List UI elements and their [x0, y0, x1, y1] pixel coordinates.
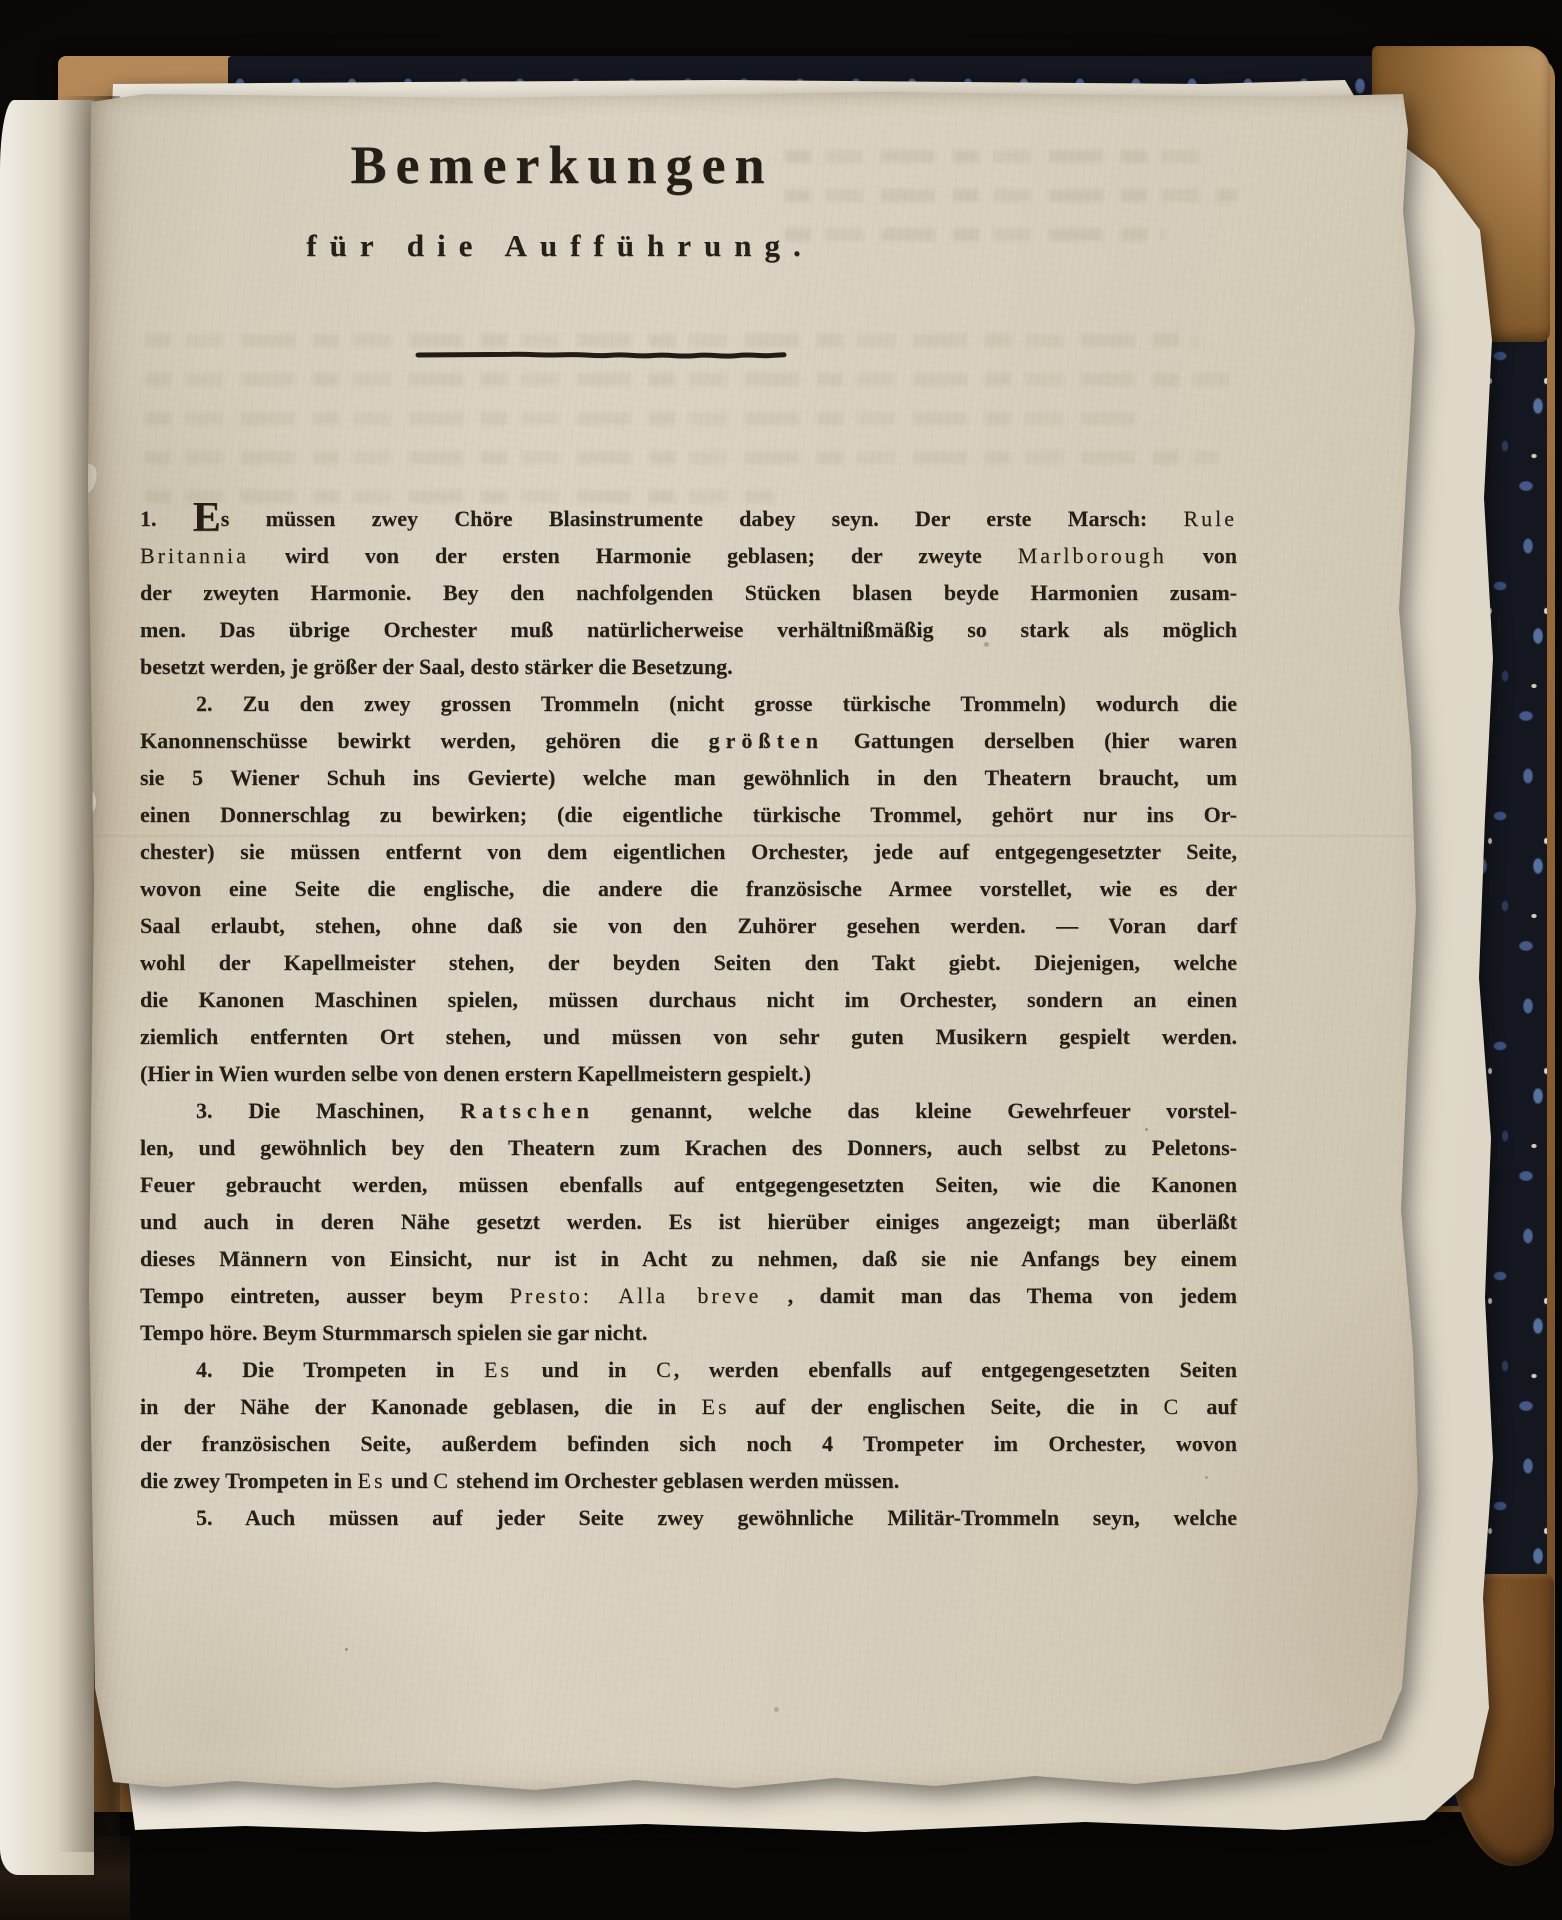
text-segment: Kanonnenschüsse bewirkt werden, gehören … — [140, 728, 709, 753]
antiqua-text-segment: Rule — [1183, 506, 1237, 531]
text-line: 1. Es müssen zwey Chöre Blasinstrumente … — [140, 500, 1237, 537]
antiqua-text-segment: C — [656, 1357, 674, 1382]
antiqua-text-segment: Es — [484, 1357, 512, 1382]
text-segment: und in — [512, 1357, 656, 1382]
antiqua-text-segment: C — [1163, 1394, 1181, 1419]
text-segment: E — [193, 495, 221, 541]
text-line: ziemlich entfernten Ort stehen, und müss… — [140, 1018, 1237, 1055]
text-segment: 2. Zu den zwey grossen Trommeln (nicht g… — [196, 691, 1237, 716]
text-line: Tempo höre. Beym Sturmmarsch spielen sie… — [140, 1314, 1237, 1351]
text-segment: 3. Die Maschinen, — [196, 1098, 460, 1123]
text-segment: die zwey Trompeten in — [140, 1468, 358, 1493]
text-segment: 4. Die Trompeten in — [196, 1357, 484, 1382]
text-line: und auch in deren Nähe gesetzt werden. E… — [140, 1203, 1237, 1240]
text-segment: der zweyten Harmonie. Bey den nachfolgen… — [140, 580, 1237, 605]
text-line: men. Das übrige Orchester muß natürliche… — [140, 611, 1237, 648]
text-segment — [592, 1283, 618, 1308]
text-segment: dieses Männern von Einsicht, nur ist in … — [140, 1246, 1237, 1271]
text-segment: wohl der Kapellmeister stehen, der beyde… — [140, 950, 1237, 975]
text-line: dieses Männern von Einsicht, nur ist in … — [140, 1240, 1237, 1277]
page-title: Bemerkungen — [282, 134, 842, 204]
book-page: Bemerkungen für die Aufführung. 1. Es mü… — [85, 88, 1430, 1800]
body-text: 1. Es müssen zwey Chöre Blasinstrumente … — [140, 500, 1237, 1536]
text-segment: (Hier in Wien wurden selbe von denen ers… — [140, 1061, 811, 1086]
text-line: 3. Die Maschinen, Ratschen genannt, welc… — [140, 1092, 1237, 1129]
antiqua-text-segment: Es — [702, 1394, 730, 1419]
text-segment: die Kanonen Maschinen spielen, müssen du… — [140, 987, 1237, 1012]
text-segment: len, und gewöhnlich bey den Theatern zum… — [140, 1135, 1237, 1160]
text-segment: stehend im Orchester geblasen werden müs… — [451, 1468, 899, 1493]
text-line: Kanonnenschüsse bewirkt werden, gehören … — [140, 722, 1237, 759]
text-segment: chester) sie müssen entfernt von dem eig… — [140, 839, 1237, 864]
text-line: Feuer gebraucht werden, müssen ebenfalls… — [140, 1166, 1237, 1203]
text-segment: in der Nähe der Kanonade geblasen, die i… — [140, 1394, 702, 1419]
text-line: der zweyten Harmonie. Bey den nachfolgen… — [140, 574, 1237, 611]
text-segment: Tempo eintreten, ausser beym — [140, 1283, 510, 1308]
text-segment: Tempo höre. Beym Sturmmarsch spielen sie… — [140, 1320, 647, 1345]
text-segment: besetzt werden, je größer der Saal, dest… — [140, 654, 733, 679]
page-subtitle: für die Aufführung. — [280, 228, 840, 272]
text-line: (Hier in Wien wurden selbe von denen ers… — [140, 1055, 1237, 1092]
text-segment: s müssen zwey Chöre Blasinstrumente dabe… — [221, 506, 1184, 531]
photograph-of-open-book: Bemerkungen für die Aufführung. 1. Es mü… — [0, 0, 1562, 1920]
text-segment: Ratschen — [460, 1098, 595, 1123]
text-line: chester) sie müssen entfernt von dem eig… — [140, 833, 1237, 870]
text-segment: men. Das übrige Orchester muß natürliche… — [140, 617, 1237, 642]
text-segment: , damit man das Thema von jedem — [761, 1283, 1237, 1308]
text-segment: ziemlich entfernten Ort stehen, und müss… — [140, 1024, 1237, 1049]
text-segment: von — [1167, 543, 1237, 568]
text-line: 4. Die Trompeten in Es und in C, werden … — [140, 1351, 1237, 1388]
text-line: besetzt werden, je größer der Saal, dest… — [140, 648, 1237, 685]
text-segment: auf — [1181, 1394, 1237, 1419]
text-line: 2. Zu den zwey grossen Trommeln (nicht g… — [140, 685, 1237, 722]
text-segment: Gattungen derselben (hier waren — [824, 728, 1237, 753]
text-segment: , werden ebenfalls auf entgegengesetzten… — [674, 1357, 1237, 1382]
text-segment: der französischen Seite, außerdem befind… — [140, 1431, 1237, 1456]
antiqua-text-segment: Es — [358, 1468, 386, 1493]
text-segment: 1. — [140, 506, 193, 531]
text-line: Britannia wird von der ersten Harmonie g… — [140, 537, 1237, 574]
text-segment: Saal erlaubt, stehen, ohne daß sie von d… — [140, 913, 1237, 938]
text-segment: größten — [709, 728, 824, 753]
text-line: wohl der Kapellmeister stehen, der beyde… — [140, 944, 1237, 981]
text-line: wovon eine Seite die englische, die ande… — [140, 870, 1237, 907]
antiqua-text-segment: C — [433, 1468, 451, 1493]
text-segment: wovon eine Seite die englische, die ande… — [140, 876, 1237, 901]
text-line: der französischen Seite, außerdem befind… — [140, 1425, 1237, 1462]
text-segment: 5. Auch müssen auf jeder Seite zwey gewö… — [196, 1505, 1237, 1530]
text-line: 5. Auch müssen auf jeder Seite zwey gewö… — [140, 1499, 1237, 1536]
text-line: len, und gewöhnlich bey den Theatern zum… — [140, 1129, 1237, 1166]
decorative-rule — [415, 348, 787, 360]
text-line: in der Nähe der Kanonade geblasen, die i… — [140, 1388, 1237, 1425]
text-segment: und — [386, 1468, 434, 1493]
text-segment: Feuer gebraucht werden, müssen ebenfalls… — [140, 1172, 1237, 1197]
antiqua-text-segment: Alla breve — [618, 1283, 761, 1308]
antiqua-text-segment: Presto: — [510, 1283, 592, 1308]
text-segment: wird von der ersten Harmonie geblasen; d… — [249, 543, 1018, 568]
text-segment: einen Donnerschlag zu bewirken; (die eig… — [140, 802, 1237, 827]
text-line: einen Donnerschlag zu bewirken; (die eig… — [140, 796, 1237, 833]
text-segment: auf der englischen Seite, die in — [730, 1394, 1164, 1419]
antiqua-text-segment: Britannia — [140, 543, 249, 568]
text-segment: und auch in deren Nähe gesetzt werden. E… — [140, 1209, 1237, 1234]
text-line: die Kanonen Maschinen spielen, müssen du… — [140, 981, 1237, 1018]
printed-text-layer: Bemerkungen für die Aufführung. 1. Es mü… — [85, 88, 1430, 1800]
text-line: Saal erlaubt, stehen, ohne daß sie von d… — [140, 907, 1237, 944]
antiqua-text-segment: Marlborough — [1018, 543, 1167, 568]
text-line: Tempo eintreten, ausser beym Presto: All… — [140, 1277, 1237, 1314]
text-segment: sie 5 Wiener Schuh ins Gevierte) welche … — [140, 765, 1237, 790]
text-segment: genannt, welche das kleine Gewehrfeuer v… — [595, 1098, 1237, 1123]
text-line: die zwey Trompeten in Es und C stehend i… — [140, 1462, 1237, 1499]
text-line: sie 5 Wiener Schuh ins Gevierte) welche … — [140, 759, 1237, 796]
